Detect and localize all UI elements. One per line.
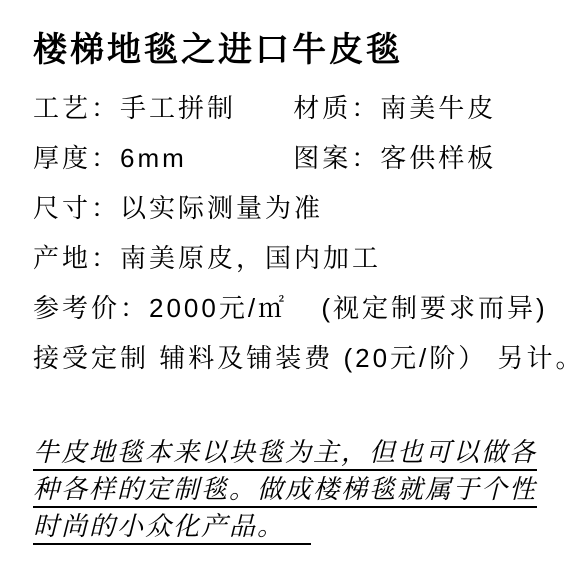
footer-line-1-text: 牛皮地毯本来以块毯为主，但也可以做各 (33, 438, 537, 471)
page-title: 楼梯地毯之进口牛皮毯 (33, 31, 403, 69)
footer-line-2: 种各样的定制毯。做成楼梯毯就属于个性 (33, 475, 537, 508)
footer-line-3-text: 时尚的小众化产品。 (33, 512, 311, 545)
spec-row-craft-material: 工艺：手工拼制 材质：南美牛皮 (33, 83, 583, 133)
spec-row-size: 尺寸：以实际测量为准 (33, 183, 583, 233)
spec-price-note: (视定制要求而异) (321, 293, 547, 323)
spec-row-thickness-pattern: 厚度：6mm 图案：客供样板 (33, 133, 583, 183)
footer-line-2-text: 种各样的定制毯。做成楼梯毯就属于个性 (33, 475, 537, 508)
footer-line-1: 牛皮地毯本来以块毯为主，但也可以做各 (33, 438, 537, 471)
footer-line-3: 时尚的小众化产品。 (33, 512, 537, 545)
spec-price: 参考价：2000元/㎡ (33, 293, 287, 323)
spec-row-price: 参考价：2000元/㎡ (视定制要求而异) (33, 283, 583, 333)
spec-customization: 接受定制 辅料及铺装费 (20元/阶） 另计。 (33, 343, 583, 373)
spec-list: 工艺：手工拼制 材质：南美牛皮 厚度：6mm 图案：客供样板 尺寸：以实际测量为… (33, 83, 583, 383)
spec-craft: 工艺：手工拼制 (33, 83, 283, 133)
product-spec-sheet: 楼梯地毯之进口牛皮毯 工艺：手工拼制 材质：南美牛皮 厚度：6mm 图案：客供样… (0, 0, 583, 570)
spec-size: 尺寸：以实际测量为准 (33, 193, 323, 223)
spec-origin: 产地：南美原皮，国内加工 (33, 243, 381, 273)
footer-note: 牛皮地毯本来以块毯为主，但也可以做各 种各样的定制毯。做成楼梯毯就属于个性 时尚… (33, 438, 537, 549)
spec-row-origin: 产地：南美原皮，国内加工 (33, 233, 583, 283)
spec-row-customization: 接受定制 辅料及铺装费 (20元/阶） 另计。 (33, 333, 583, 383)
spec-thickness: 厚度：6mm (33, 133, 283, 183)
spec-material: 材质：南美牛皮 (293, 93, 496, 123)
spec-pattern: 图案：客供样板 (293, 143, 496, 173)
